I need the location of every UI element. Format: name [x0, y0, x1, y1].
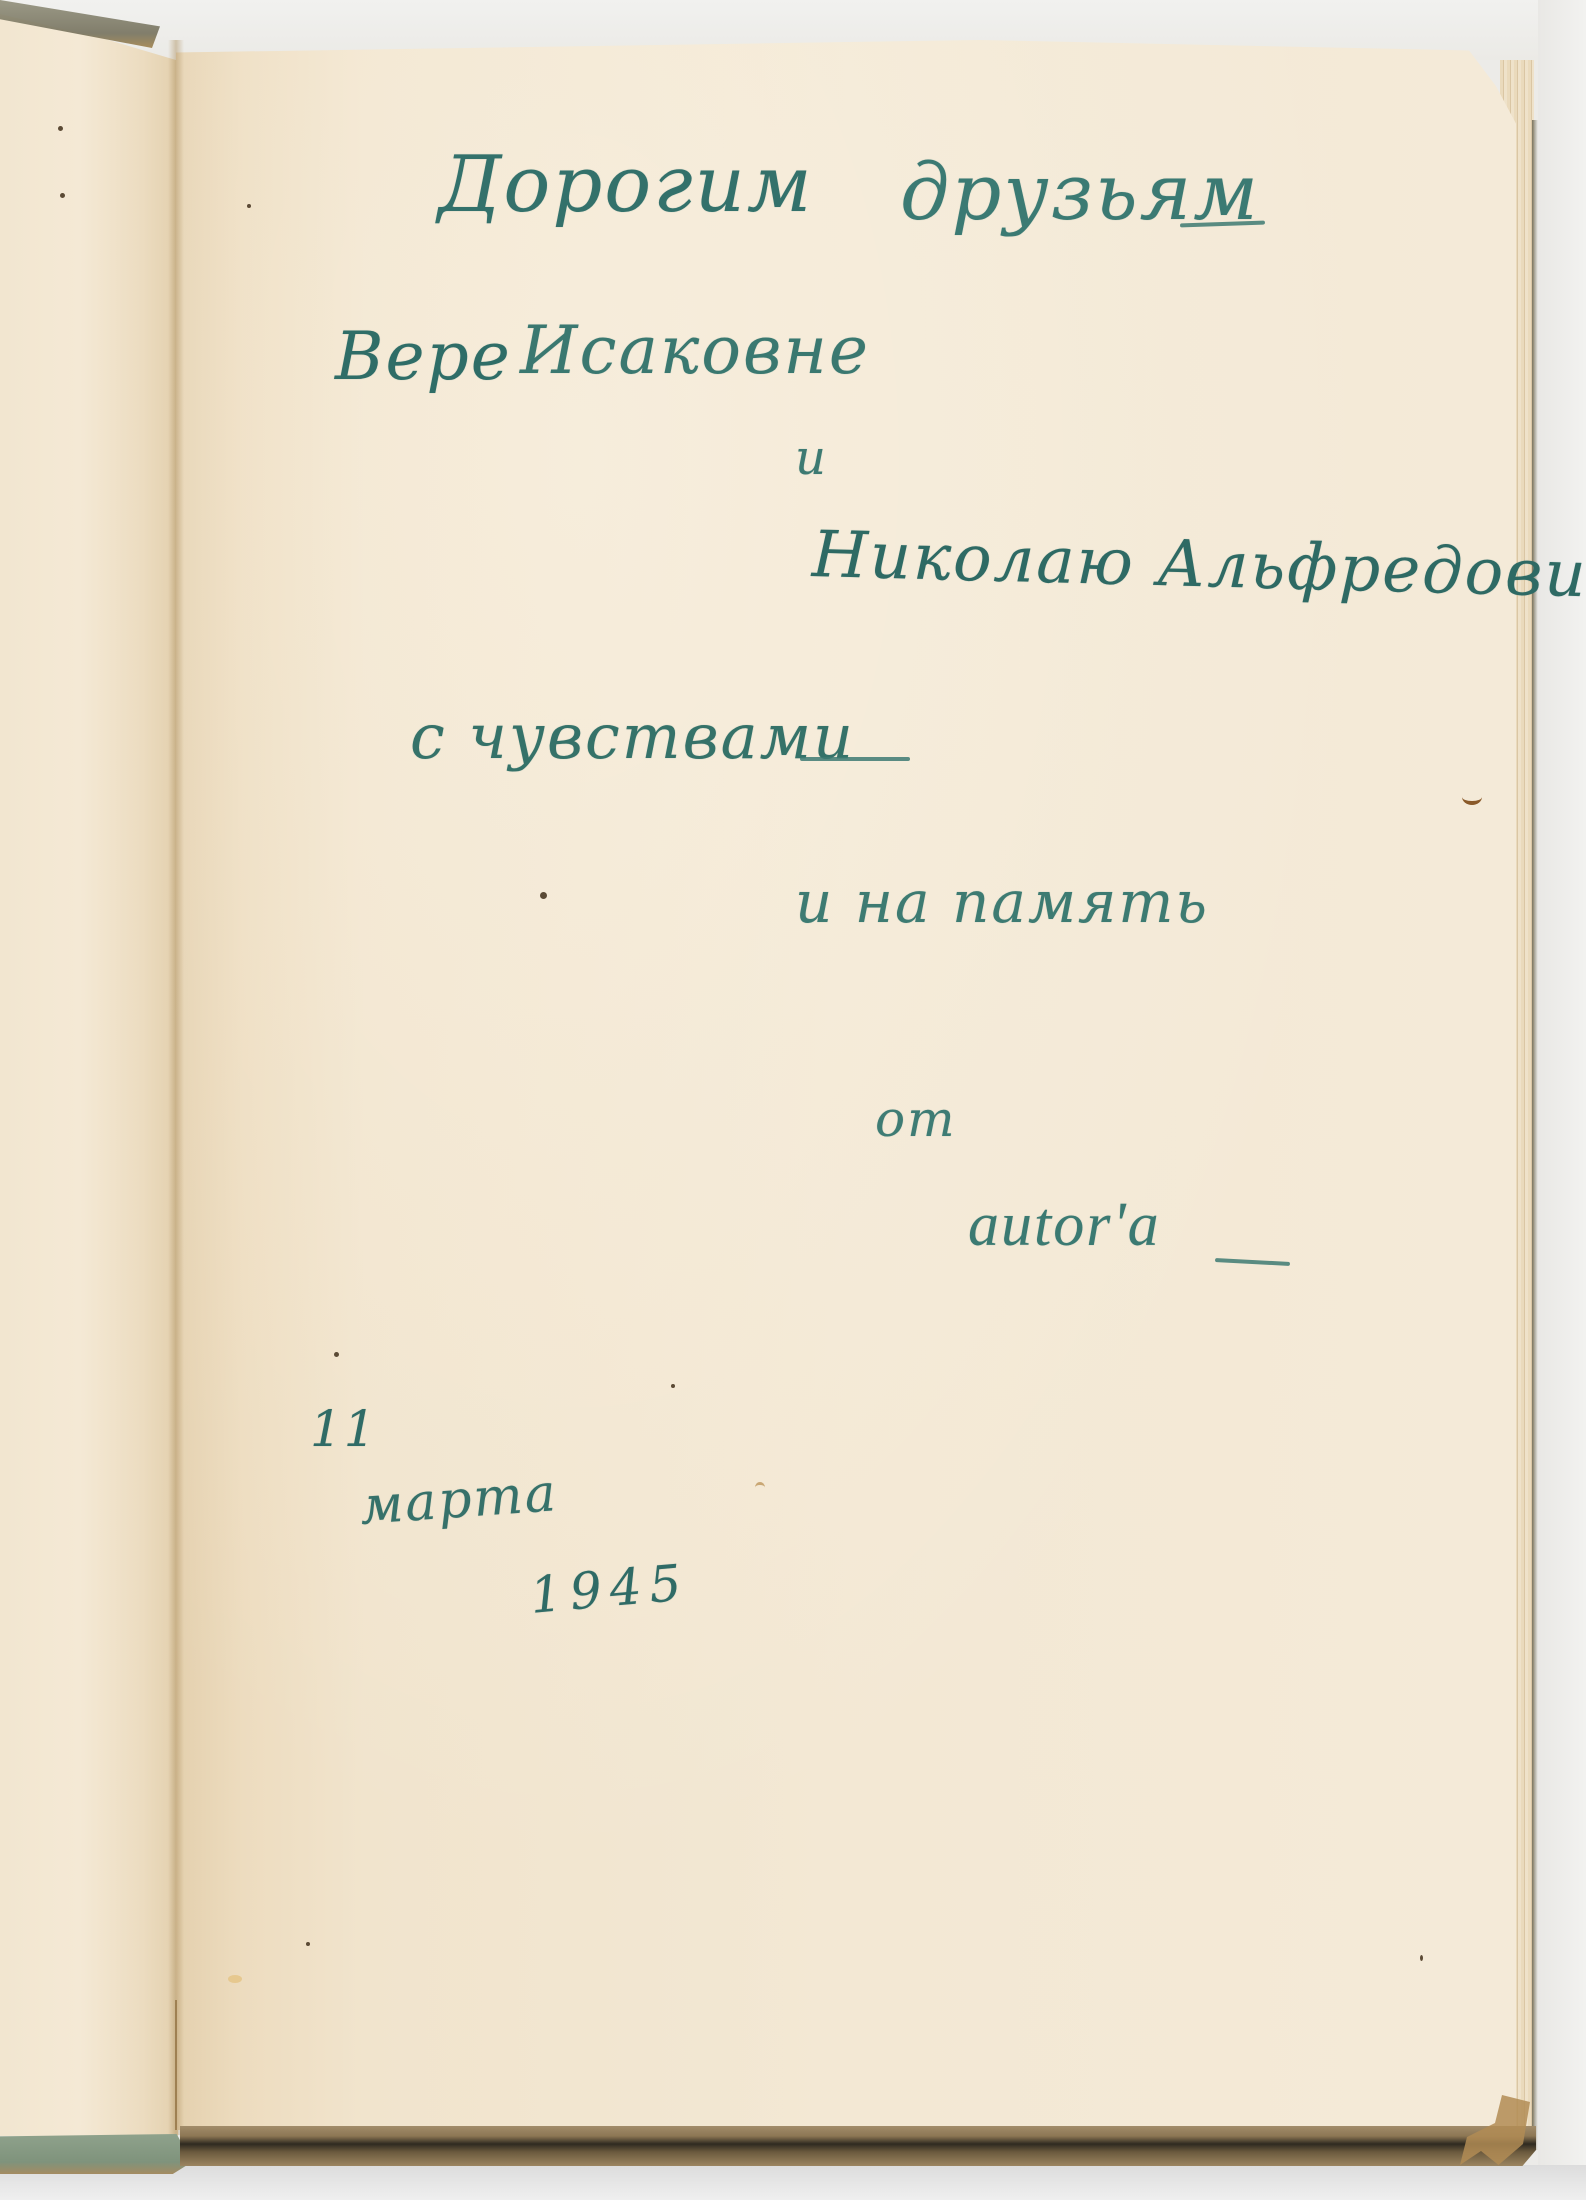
background-right [1538, 0, 1586, 2200]
gutter-fold [168, 40, 184, 2135]
inscription-line-8: autor'a [968, 1190, 1161, 1261]
foxing-spot [306, 1942, 310, 1946]
foxing-spot [334, 1352, 339, 1357]
inscription-line-1-word-1: Дорогим [438, 140, 814, 230]
inscription-line-2-word-2: Исаковне [520, 312, 870, 389]
stain [755, 1482, 765, 1493]
inscription-line-2-word-1: Вере [335, 318, 512, 395]
stain [228, 1975, 242, 1983]
background-bottom [0, 2165, 1586, 2200]
foxing-spot [671, 1384, 675, 1388]
book-photo: Дорогим друзьям Вере Исаковне и Николаю … [0, 0, 1586, 2200]
ink-mark [1462, 789, 1482, 805]
gutter-crease [175, 2000, 177, 2130]
foxing-spot [247, 204, 251, 208]
inscription-line-6: и на память [795, 868, 1209, 936]
inscription-line-3: и [795, 430, 828, 486]
flourish-stroke [800, 757, 910, 761]
cover-board-edge [180, 2126, 1536, 2166]
inscription-line-7: от [875, 1090, 957, 1148]
foxing-spot [60, 193, 65, 198]
inside-cover-endpaper [0, 14, 178, 2136]
inscription-line-5: с чувствами [410, 700, 855, 773]
foxing-spot [1420, 1955, 1423, 1961]
page-edge-shadow [1532, 120, 1538, 2150]
date-day: 11 [310, 1400, 378, 1458]
foxing-spot [540, 892, 547, 899]
foxing-spot [58, 126, 63, 131]
green-cover-edge [0, 2134, 192, 2174]
